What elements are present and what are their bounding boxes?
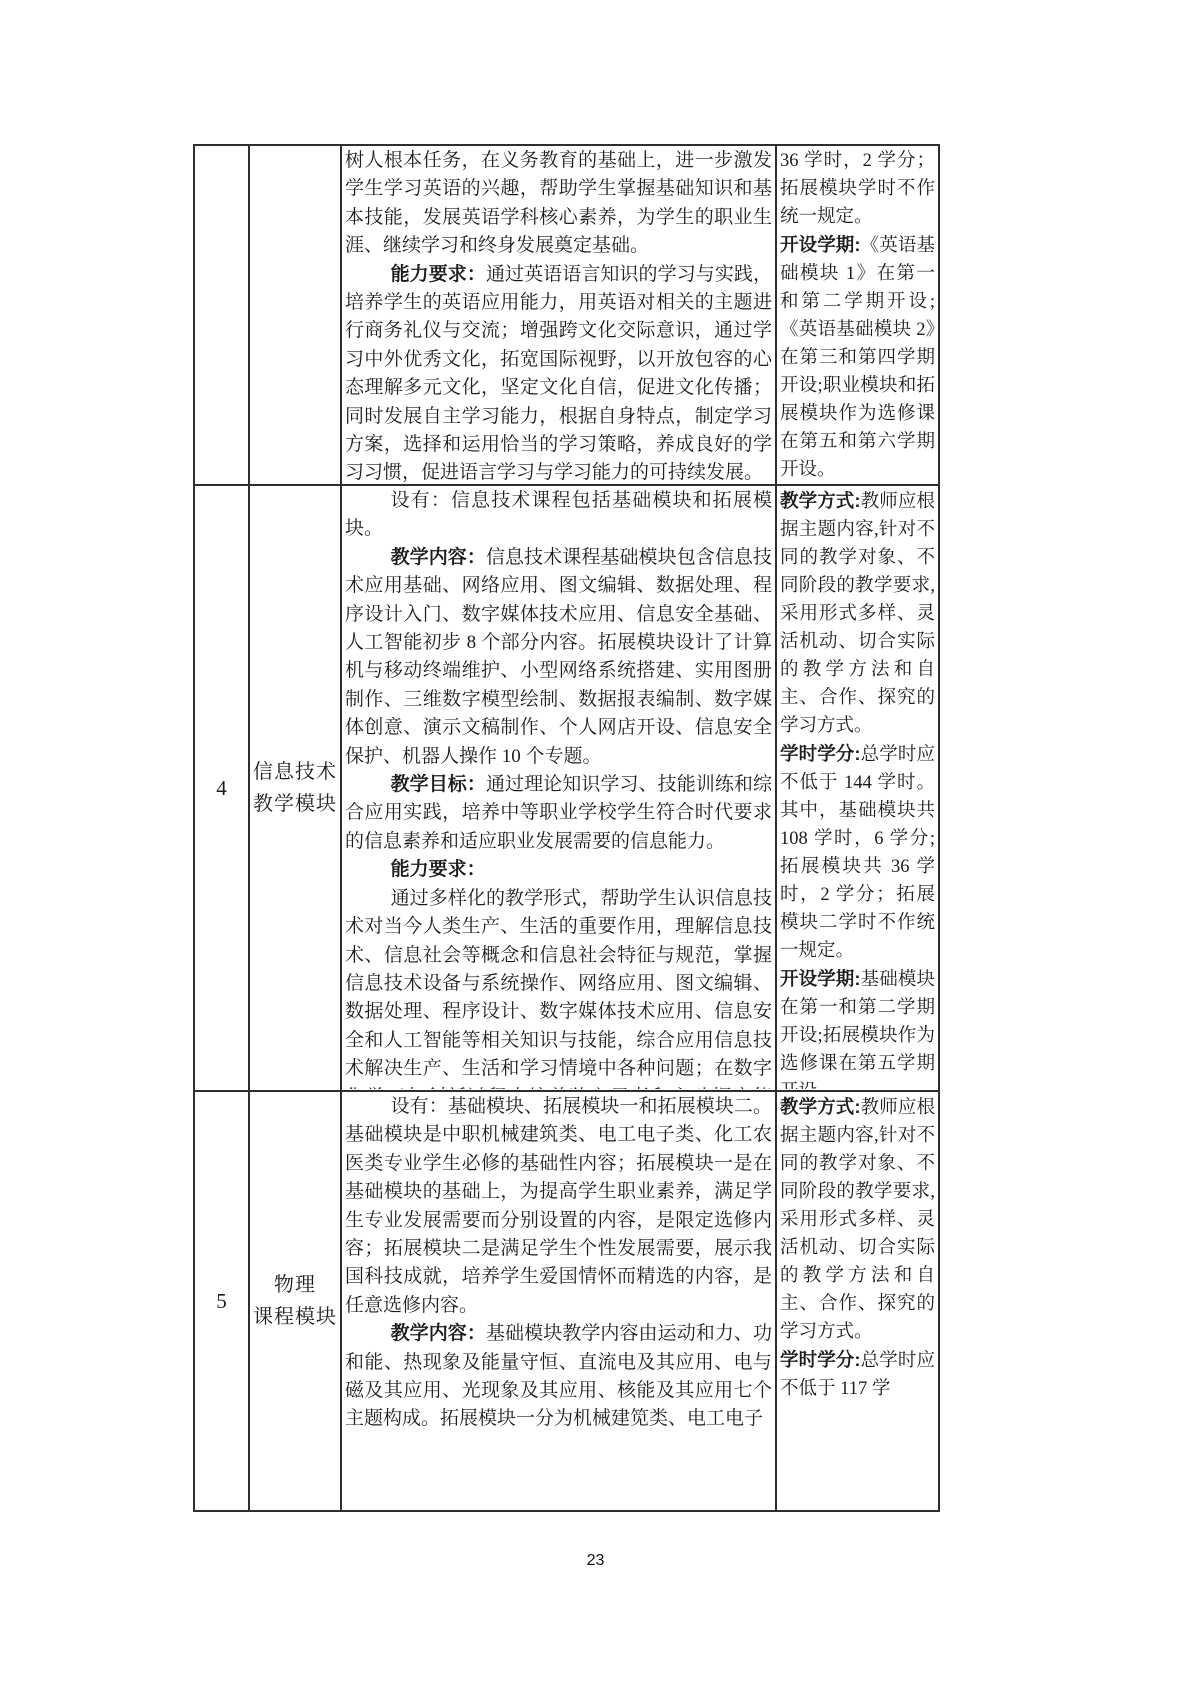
paragraph-text: 设有：基础模块、拓展模块一和拓展模块二。基础模块是中职机械建筑类、电工电子类、化… <box>345 1096 772 1316</box>
paragraph-label: 能力要求： <box>391 859 486 880</box>
paragraph: 设有：信息技术课程包括基础模块和拓展模块。 <box>345 487 772 544</box>
row-index-wrap: 4 <box>198 487 245 1089</box>
paragraph: 能力要求： <box>345 856 772 884</box>
paragraph-text: 教师应根据主题内容,针对不同的教学对象、不同阶段的教学要求,采用形式多样、灵活机… <box>780 1098 935 1342</box>
curriculum-table: 树人根本任务，在义务教育的基础上，进一步激发学生学习英语的兴趣，帮助学生掌握基础… <box>193 144 940 1512</box>
page-number: 23 <box>0 1552 1191 1570</box>
row-index-wrap <box>198 147 245 483</box>
paragraph: 树人根本任务，在义务教育的基础上，进一步激发学生学习英语的兴趣，帮助学生掌握基础… <box>345 147 772 261</box>
course-description-wrap: 设有：基础模块、拓展模块一和拓展模块二。基础模块是中职机械建筑类、电工电子类、化… <box>345 1093 772 1509</box>
paragraph-label: 能力要求： <box>391 264 486 285</box>
row-index-cell <box>194 145 249 485</box>
paragraph: 开设学期:基础模块在第一和第二学期开设;拓展模块作为选修课在第五学期开设。 <box>780 965 935 1089</box>
paragraph-text: 36 学时，2 学分；拓展模块学时不作统一规定。 <box>780 151 935 227</box>
paragraph-text: 总学时应不低于 144 学时。其中，基础模块共 108 学时，6 学分;拓展模块… <box>780 745 935 961</box>
paragraph: 36 学时，2 学分；拓展模块学时不作统一规定。 <box>780 147 935 231</box>
hours-semester-wrap: 教学方式:教师应根据主题内容,针对不同的教学对象、不同阶段的教学要求,采用形式多… <box>780 487 935 1089</box>
hours-semester-cell: 36 学时，2 学分；拓展模块学时不作统一规定。开设学期:《英语基础模块 1》在… <box>776 145 939 485</box>
paragraph-label: 教学方式: <box>780 490 861 511</box>
module-name-wrap: 物理课程模块 <box>253 1093 337 1509</box>
paragraph: 教学内容：基础模块教学内容由运动和力、功和能、热现象及能量守恒、直流电及其应用、… <box>345 1320 772 1434</box>
course-description-cell: 树人根本任务，在义务教育的基础上，进一步激发学生学习英语的兴趣，帮助学生掌握基础… <box>341 145 776 485</box>
module-name-cell: 物理课程模块 <box>249 1091 341 1511</box>
paragraph-label: 教学内容： <box>391 1323 486 1344</box>
module-name-line: 信息技术 <box>253 756 337 788</box>
course-description-cell: 设有：基础模块、拓展模块一和拓展模块二。基础模块是中职机械建筑类、电工电子类、化… <box>341 1091 776 1511</box>
module-name-line: 课程模块 <box>253 1301 337 1333</box>
paragraph-label: 学时学分: <box>780 743 861 764</box>
paragraph-label: 开设学期: <box>780 234 861 255</box>
paragraph-text: 《英语基础模块 1》在第一和第二学期开设;《英语基础模块 2》在第三和第四学期开… <box>780 236 935 480</box>
table-row: 树人根本任务，在义务教育的基础上，进一步激发学生学习英语的兴趣，帮助学生掌握基础… <box>194 145 939 485</box>
paragraph: 能力要求：通过英语语言知识的学习与实践，培养学生的英语应用能力，用英语对相关的主… <box>345 261 772 483</box>
module-name-cell: 信息技术教学模块 <box>249 485 341 1091</box>
course-description-wrap: 设有：信息技术课程包括基础模块和拓展模块。教学内容：信息技术课程基础模块包含信息… <box>345 487 772 1089</box>
document-page: { "page": { "number": "23" }, "table": {… <box>0 0 1191 1684</box>
paragraph: 开设学期:《英语基础模块 1》在第一和第二学期开设;《英语基础模块 2》在第三和… <box>780 231 935 483</box>
row-index: 4 <box>216 776 227 801</box>
row-index: 5 <box>216 1289 227 1314</box>
hours-semester-wrap: 教学方式:教师应根据主题内容,针对不同的教学对象、不同阶段的教学要求,采用形式多… <box>780 1093 935 1509</box>
paragraph: 教学方式:教师应根据主题内容,针对不同的教学对象、不同阶段的教学要求,采用形式多… <box>780 487 935 740</box>
module-name-wrap <box>253 147 337 483</box>
paragraph-text: 树人根本任务，在义务教育的基础上，进一步激发学生学习英语的兴趣，帮助学生掌握基础… <box>345 150 772 256</box>
paragraph-label: 开设学期: <box>780 968 861 989</box>
paragraph-text: 信息技术课程基础模块包含信息技术应用基础、网络应用、图文编辑、数据处理、程序设计… <box>345 547 772 767</box>
paragraph: 通过多样化的教学形式，帮助学生认识信息技术对当今人类生产、生活的重要作用，理解信… <box>345 885 772 1089</box>
paragraph-text: 教师应根据主题内容,针对不同的教学对象、不同阶段的教学要求,采用形式多样、灵活机… <box>780 492 935 736</box>
hours-semester-cell: 教学方式:教师应根据主题内容,针对不同的教学对象、不同阶段的教学要求,采用形式多… <box>776 485 939 1091</box>
row-index-wrap: 5 <box>198 1093 245 1509</box>
row-index-cell: 5 <box>194 1091 249 1511</box>
paragraph: 教学方式:教师应根据主题内容,针对不同的教学对象、不同阶段的教学要求,采用形式多… <box>780 1093 935 1346</box>
paragraph-label: 学时学分: <box>780 1349 861 1370</box>
module-name-wrap: 信息技术教学模块 <box>253 487 337 1089</box>
course-description-cell: 设有：信息技术课程包括基础模块和拓展模块。教学内容：信息技术课程基础模块包含信息… <box>341 485 776 1091</box>
row-index-cell: 4 <box>194 485 249 1091</box>
paragraph: 教学内容：信息技术课程基础模块包含信息技术应用基础、网络应用、图文编辑、数据处理… <box>345 544 772 771</box>
table-row: 4信息技术教学模块设有：信息技术课程包括基础模块和拓展模块。教学内容：信息技术课… <box>194 485 939 1091</box>
paragraph-text: 设有：信息技术课程包括基础模块和拓展模块。 <box>345 490 772 539</box>
paragraph: 教学目标：通过理论知识学习、技能训练和综合应用实践，培养中等职业学校学生符合时代… <box>345 771 772 856</box>
hours-semester-cell: 教学方式:教师应根据主题内容,针对不同的教学对象、不同阶段的教学要求,采用形式多… <box>776 1091 939 1511</box>
paragraph-text: 通过多样化的教学形式，帮助学生认识信息技术对当今人类生产、生活的重要作用，理解信… <box>345 888 772 1089</box>
module-name-line: 教学模块 <box>253 788 337 820</box>
course-description-wrap: 树人根本任务，在义务教育的基础上，进一步激发学生学习英语的兴趣，帮助学生掌握基础… <box>345 147 772 483</box>
module-name-cell <box>249 145 341 485</box>
paragraph: 学时学分:总学时应不低于 117 学 <box>780 1346 935 1403</box>
paragraph-label: 教学方式: <box>780 1096 861 1117</box>
curriculum-table-body: 树人根本任务，在义务教育的基础上，进一步激发学生学习英语的兴趣，帮助学生掌握基础… <box>194 145 939 1511</box>
hours-semester-wrap: 36 学时，2 学分；拓展模块学时不作统一规定。开设学期:《英语基础模块 1》在… <box>780 147 935 483</box>
paragraph: 设有：基础模块、拓展模块一和拓展模块二。基础模块是中职机械建筑类、电工电子类、化… <box>345 1093 772 1320</box>
paragraph-label: 教学目标： <box>391 774 486 795</box>
table-row: 5物理课程模块设有：基础模块、拓展模块一和拓展模块二。基础模块是中职机械建筑类、… <box>194 1091 939 1511</box>
module-name-line: 物理 <box>274 1269 316 1301</box>
paragraph: 学时学分:总学时应不低于 144 学时。其中，基础模块共 108 学时，6 学分… <box>780 740 935 965</box>
paragraph-text: 通过英语语言知识的学习与实践，培养学生的英语应用能力，用英语对相关的主题进行商务… <box>345 264 772 483</box>
paragraph-label: 教学内容： <box>391 547 486 568</box>
